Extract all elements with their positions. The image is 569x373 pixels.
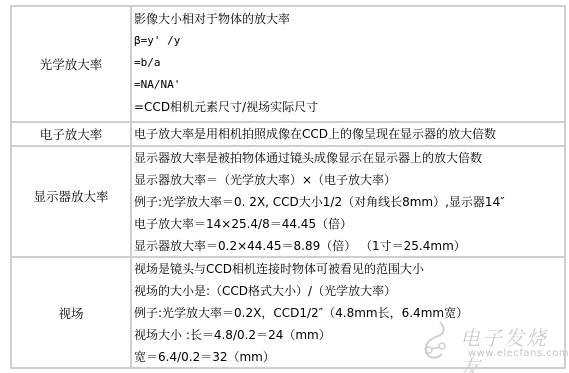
- row-content: 影像大小相对于物体的放大率 β=y' /y =b/a =NA/NA' =CCD相…: [132, 7, 564, 121]
- content-line: 视场大小 :长＝4.8/0.2＝24（mm）: [134, 324, 564, 346]
- magnification-table: 光学放大率 影像大小相对于物体的放大率 β=y' /y =b/a =NA/NA'…: [10, 5, 566, 369]
- content-line: 电子放大率是用相机拍照成像在CCD上的像呈现在显示器的放大倍数: [134, 123, 564, 145]
- table-row-electronic-magnification: 电子放大率 电子放大率是用相机拍照成像在CCD上的像呈现在显示器的放大倍数: [12, 121, 564, 145]
- row-label: 显示器放大率: [12, 147, 132, 256]
- row-content: 电子放大率是用相机拍照成像在CCD上的像呈现在显示器的放大倍数: [132, 123, 564, 145]
- content-line: 宽＝6.4/0.2＝32（mm）: [134, 346, 564, 368]
- table-row-optical-magnification: 光学放大率 影像大小相对于物体的放大率 β=y' /y =b/a =NA/NA'…: [12, 7, 564, 121]
- formula-line: =NA/NA': [134, 74, 564, 96]
- content-line: =CCD相机元素尺寸/视场实际尺寸: [134, 96, 564, 118]
- table-row-monitor-magnification: 显示器放大率 显示器放大率是被拍物体通过镜头成像显示在显示器上的放大倍数 显示器…: [12, 145, 564, 256]
- content-line: 显示器放大率是被拍物体通过镜头成像显示在显示器上的放大倍数: [134, 147, 564, 169]
- content-line: 视场的大小是:（CCD格式大小）/（光学放大率）: [134, 280, 564, 302]
- row-label: 视场: [12, 258, 132, 367]
- formula-line: =b/a: [134, 52, 564, 74]
- content-line: 电子放大率＝14×25.4/8＝44.45（倍）: [134, 213, 564, 235]
- row-label: 光学放大率: [12, 7, 132, 121]
- content-line: 视场是镜头与CCD相机连接时物体可被看见的范围大小: [134, 258, 564, 280]
- content-line: 例子:光学放大率＝0.2X，CCD1/2″（4.8mm长，6.4mm宽）: [134, 302, 564, 324]
- content-line: 显示器放大率＝（光学放大率）×（电子放大率）: [134, 169, 564, 191]
- row-label: 电子放大率: [12, 123, 132, 145]
- row-content: 显示器放大率是被拍物体通过镜头成像显示在显示器上的放大倍数 显示器放大率＝（光学…: [132, 147, 564, 256]
- row-content: 视场是镜头与CCD相机连接时物体可被看见的范围大小 视场的大小是:（CCD格式大…: [132, 258, 564, 367]
- content-line: 显示器放大率＝0.2×44.45＝8.89（倍） （1寸＝25.4mm）: [134, 235, 564, 257]
- content-line: 例子:光学放大率＝0. 2X, CCD大小1/2（对角线长8mm）,显示器14″: [134, 191, 564, 213]
- table-row-field-of-view: 视场 视场是镜头与CCD相机连接时物体可被看见的范围大小 视场的大小是:（CCD…: [12, 256, 564, 367]
- content-line: 影像大小相对于物体的放大率: [134, 8, 564, 30]
- formula-line: β=y' /y: [134, 30, 564, 52]
